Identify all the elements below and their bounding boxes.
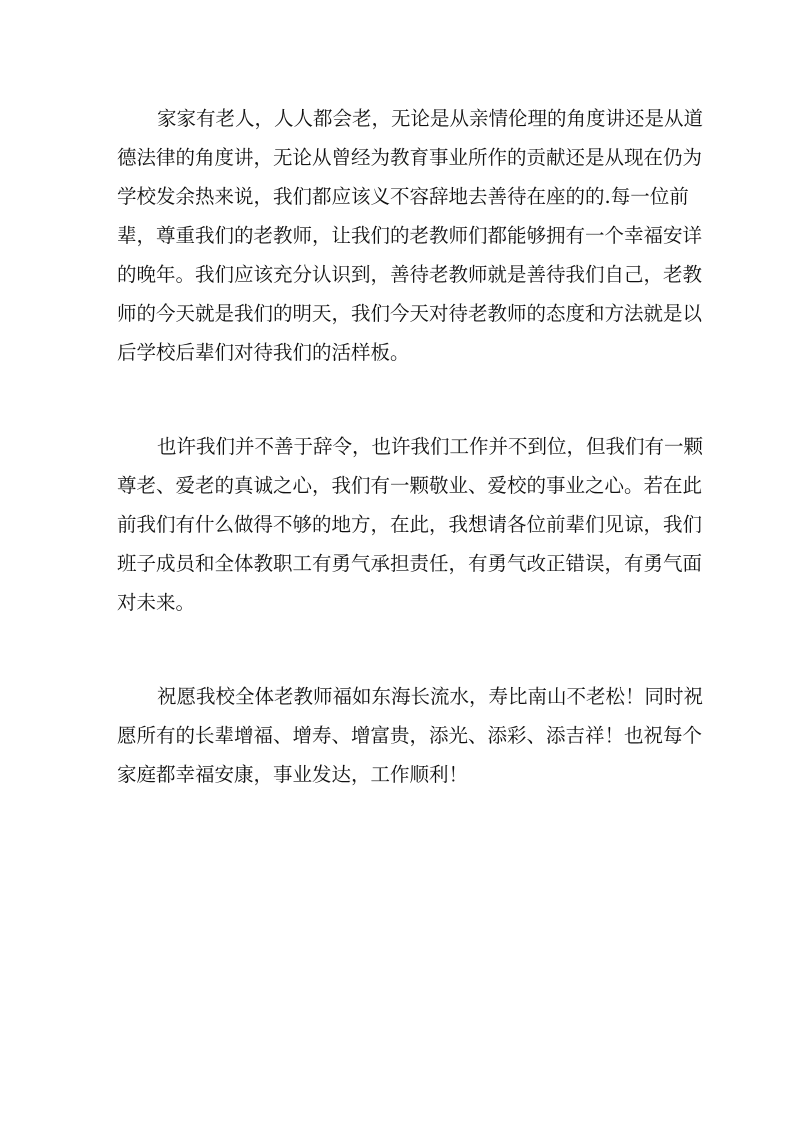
paragraph-line: 辈，尊重我们的老教师，让我们的老教师们都能够拥有一个幸福安详 <box>117 216 677 255</box>
paragraph-line: 学校发余热来说，我们都应该义不容辞地去善待在座的的.每一位前 <box>117 177 677 216</box>
paragraph-line: 班子成员和全体教职工有勇气承担责任，有勇气改正错误，有勇气面 <box>117 544 677 583</box>
paragraph-line: 祝愿我校全体老教师福如东海长流水，寿比南山不老松！同时祝 <box>117 677 677 716</box>
paragraph-line: 师的今天就是我们的明天，我们今天对待老教师的态度和方法就是以 <box>117 294 677 333</box>
paragraph-line: 愿所有的长辈增福、增寿、增富贵，添光、添彩、添吉祥！也祝每个 <box>117 716 677 755</box>
paragraph-line: 后学校后辈们对待我们的活样板。 <box>117 333 677 372</box>
document-page: 家家有老人，人人都会老，无论是从亲情伦理的角度讲还是从道 德法律的角度讲，无论从… <box>0 0 793 1122</box>
paragraph-line: 尊老、爱老的真诚之心，我们有一颗敬业、爱校的事业之心。若在此 <box>117 466 677 505</box>
paragraph-line: 也许我们并不善于辞令，也许我们工作并不到位，但我们有一颗 <box>117 427 677 466</box>
paragraph-respect-elders: 家家有老人，人人都会老，无论是从亲情伦理的角度讲还是从道 德法律的角度讲，无论从… <box>117 99 677 372</box>
paragraph-line: 家庭都幸福安康，事业发达，工作顺利！ <box>117 755 677 794</box>
paragraph-line: 德法律的角度讲，无论从曾经为教育事业所作的贡献还是从现在仍为 <box>117 138 677 177</box>
paragraph-line: 家家有老人，人人都会老，无论是从亲情伦理的角度讲还是从道 <box>117 99 677 138</box>
paragraph-line: 的晚年。我们应该充分认识到，善待老教师就是善待我们自己，老教 <box>117 255 677 294</box>
paragraph-line: 前我们有什么做得不够的地方，在此，我想请各位前辈们见谅，我们 <box>117 505 677 544</box>
paragraph-blessings: 祝愿我校全体老教师福如东海长流水，寿比南山不老松！同时祝 愿所有的长辈增福、增寿… <box>117 677 677 794</box>
paragraph-line: 对未来。 <box>117 583 677 622</box>
paragraph-apology: 也许我们并不善于辞令，也许我们工作并不到位，但我们有一颗 尊老、爱老的真诚之心，… <box>117 427 677 622</box>
